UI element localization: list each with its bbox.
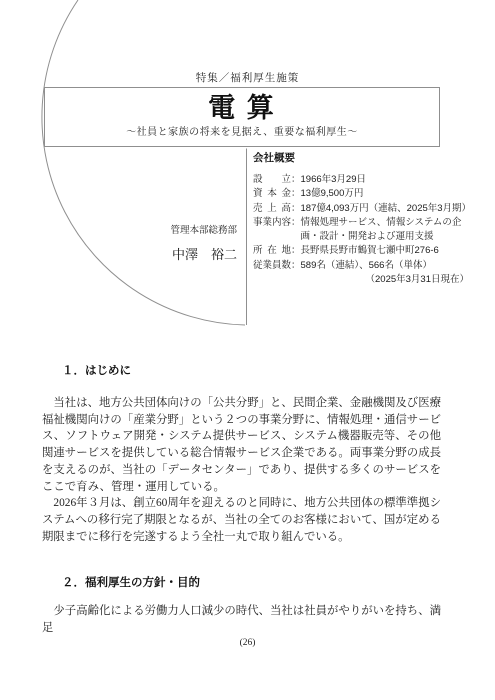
row-value: 187億4,093万円（連結、2025年3月期） — [301, 202, 469, 216]
company-row-sales: 売上高：187億4,093万円（連結、2025年3月期） — [253, 202, 469, 216]
row-label: 所在地 — [253, 244, 291, 258]
feature-header-label: 特集／福利厚生施策 — [0, 70, 495, 85]
row-colon: ： — [291, 244, 301, 258]
article-body: １．はじめに 当社は、地方公共団体向けの「公共分野」と、民間企業、金融機関及び医… — [42, 365, 441, 637]
company-overview-heading: 会社概要 — [253, 152, 469, 165]
row-value-note: （2025年3月31日現在） — [301, 273, 469, 287]
row-label: 資本金 — [253, 187, 291, 201]
author-department: 管理本部総務部 — [170, 225, 237, 236]
page-number: (26) — [0, 637, 495, 650]
row-colon: ： — [291, 173, 301, 187]
row-colon: ： — [291, 216, 301, 245]
document-page: 特集／福利厚生施策 電 算 ～社員と家族の将来を見据え、重要な福利厚生～ 会社概… — [0, 0, 495, 700]
body-paragraph: 当社は、地方公共団体向けの「公共分野」と、民間企業、金融機関及び医療福祉機関向け… — [42, 395, 441, 495]
author-name: 中澤 裕二 — [170, 247, 237, 263]
row-label: 事業内容 — [253, 216, 291, 245]
body-paragraph: 2026年３月は、創立60周年を迎えるのと同時に、地方公共団体の標準準拠システム… — [42, 495, 441, 545]
article-title-box: 電 算 ～社員と家族の将来を見据え、重要な福利厚生～ — [44, 87, 440, 147]
article-subtitle: ～社員と家族の将来を見据え、重要な福利厚生～ — [45, 127, 439, 139]
company-overview-rows: 設立：1966年3月29日 資本金：13億9,500万円 売上高：187億4,0… — [253, 173, 469, 287]
row-label: 従業員数 — [253, 259, 291, 288]
row-label: 売上高 — [253, 202, 291, 216]
company-row-business: 事業内容：情報処理サービス、情報システムの企画・設計・開発および運用支援 — [253, 216, 469, 245]
author-block: 管理本部総務部 中澤 裕二 — [170, 225, 237, 263]
company-row-founded: 設立：1966年3月29日 — [253, 173, 469, 187]
company-row-employees: 従業員数：589名（連結）、566名（単体）（2025年3月31日現在） — [253, 259, 469, 288]
row-colon: ： — [291, 259, 301, 288]
section-heading-1: １．はじめに — [62, 365, 441, 378]
row-value: 情報処理サービス、情報システムの企画・設計・開発および運用支援 — [301, 216, 469, 245]
row-value-text: 589名（連結）、566名（単体） — [301, 260, 432, 271]
body-paragraph: 少子高齢化による労働力人口減少の時代、当社は社員がやりがいを持ち、満足 — [42, 603, 441, 636]
row-value: 1966年3月29日 — [301, 173, 469, 187]
company-row-address: 所在地：長野県長野市鶴賀七瀬中町276-6 — [253, 244, 469, 258]
row-value: 長野県長野市鶴賀七瀬中町276-6 — [301, 244, 469, 258]
row-value: 13億9,500万円 — [301, 187, 469, 201]
row-colon: ： — [291, 202, 301, 216]
company-overview: 会社概要 設立：1966年3月29日 資本金：13億9,500万円 売上高：18… — [247, 152, 469, 287]
row-value: 589名（連結）、566名（単体）（2025年3月31日現在） — [301, 259, 469, 288]
row-colon: ： — [291, 187, 301, 201]
row-label: 設立 — [253, 173, 291, 187]
company-row-capital: 資本金：13億9,500万円 — [253, 187, 469, 201]
quarter-circle-arc — [42, 0, 245, 325]
article-title: 電 算 — [45, 93, 439, 123]
section-heading-2: ２．福利厚生の方針・目的 — [62, 577, 441, 590]
